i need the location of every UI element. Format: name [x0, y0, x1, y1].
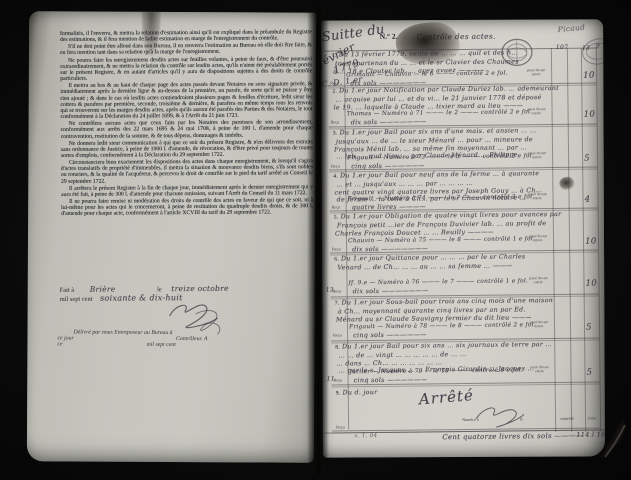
recu-amount: quatre livres ————: [352, 202, 426, 211]
ink-blot-small: [559, 177, 574, 190]
recu-small-print: passé devantentrée: [524, 108, 550, 116]
delivre-line1: Délivré par nous Entreposeur au Bureau à: [73, 329, 267, 336]
recu-small-print-bottom: entrée: [524, 112, 550, 116]
ruled-lines: [321, 19, 601, 21]
entry-number: 4.: [333, 173, 338, 179]
recu-small-print-bottom: entrée: [525, 239, 551, 243]
recu-label: Reçu: [332, 204, 341, 209]
total-in-words: Cent quatorze livres dix sols ————: [442, 432, 583, 442]
printed-paragraph: Il arrêtera le présent Registre à la fin…: [61, 184, 313, 198]
delivre-line3: mil sept cent: [147, 342, 176, 348]
printed-paragraph: Ne donnera ledit sieur communication à q…: [61, 139, 313, 159]
printed-paragraph: formalités, il l'enverra, & mettra la re…: [60, 29, 312, 43]
recu-annotation: Jurlier — Numéro à 79 — le 78 ——— contrô…: [349, 367, 522, 375]
recu-small-print: passé devantentrée: [523, 69, 549, 77]
recu-amount: dix sols ———————: [352, 244, 428, 253]
sum-sols: 10: [583, 70, 595, 80]
book-gutter-shadow: [307, 6, 329, 474]
recu-label: Reçu: [333, 332, 342, 337]
page-curl: [585, 415, 629, 467]
entry-number: 7.: [335, 300, 340, 306]
recu-small-print-bottom: entrée: [525, 197, 551, 201]
register-form: Suitte du N.° 2. Contrôle des actes. Pic…: [321, 19, 605, 457]
printed-text-block: formalités, il l'enverra, & mettra la re…: [60, 29, 313, 218]
header-suitte: Suitte du: [321, 22, 385, 45]
entry-number: 6.: [334, 256, 339, 262]
recu-small-print-bottom: entrée: [526, 325, 552, 329]
recu-small-print-bottom: entrée: [526, 370, 552, 374]
recu-annotation: Chauvin — Numéro à 75 ——— le 8 ——— contr…: [348, 236, 535, 244]
footer-form-numero: Numéro à: [462, 417, 479, 422]
entry-line-text: Du d. jour: [342, 389, 377, 396]
recu-small-print: passé devantentrée: [526, 366, 552, 374]
printed-paragraph: Il mettra au bas & au haut de chaque pag…: [60, 81, 312, 120]
printed-paragraph: S'il ne doit point être alloué dans son …: [60, 43, 312, 57]
vertical-rule: [567, 48, 572, 432]
left-page: formalités, il l'enverra, & mettra la re…: [27, 11, 316, 462]
footer-recu-label: Reçu: [336, 424, 345, 429]
entry-number: 2.: [332, 88, 337, 94]
recu-label: Reçu: [331, 163, 340, 168]
header-corner-note: Picaud: [557, 22, 585, 34]
recu-small-print: passé devantentrée: [525, 235, 551, 243]
sum-sols: 5: [584, 154, 590, 164]
entry-line: Venard … de Ch… … … au … … sa femme … ——…: [337, 262, 552, 272]
recu-amount: cinq sols ——————: [351, 161, 425, 170]
sum-sols: 5: [586, 323, 592, 333]
right-page: Suitte du N.° 2. Contrôle des actes. Pic…: [321, 19, 605, 457]
entry: 5.Du 1.er jour Obligation de quatre ving…: [334, 211, 552, 238]
printed-paragraph: Ne pourra faire les enregistremens desdi…: [60, 56, 312, 82]
recu-amount: dix sols ———————: [351, 117, 427, 126]
recu-small-print-bottom: entrée: [524, 156, 550, 160]
sum-sols: 10: [584, 109, 596, 119]
fait-date-handwritten: treize octobre: [171, 284, 229, 293]
entry-line-text: Du 1.er jour Sous-bail pour trois ans ci…: [341, 297, 553, 306]
recu-amount: cinq sols ——————: [353, 330, 427, 339]
entry-line-text: Du 1.er jour Notification par Claude Dur…: [339, 85, 559, 94]
entry-line-text: Du 1.er jour Bail pour six ans … six jou…: [342, 341, 552, 350]
printed-paragraph: Il ne pourra faire remise ni modération …: [61, 197, 313, 217]
recu-label: Reçu: [332, 246, 341, 251]
entry-number: 9.: [336, 390, 341, 396]
entry: 2.Du 1.er jour Notification par Claude D…: [332, 85, 550, 112]
printed-paragraph: Circonstanciera bien exactement les disp…: [61, 158, 313, 184]
fait-year-printed: mil sept cent: [60, 296, 93, 303]
sum-sols: 4: [585, 195, 591, 205]
delivre-line2: Contrôleur. A: [176, 336, 207, 342]
entry1-figure-a: 107: [556, 44, 568, 51]
entry1-figure-b: 13: [582, 45, 590, 52]
recu-small-print: passé devantentrée: [525, 277, 551, 285]
recu-label: Reçu: [330, 80, 339, 85]
sum-sols: 10: [585, 278, 597, 288]
fait-place-handwritten: Brière: [90, 285, 116, 294]
recu-annotation: Frigault — Numéro à 73 ——— le 3 ——— cont…: [347, 153, 534, 161]
sum-sols: 10: [585, 236, 597, 246]
entry-line-text: Du 1.er jour Bail pour six ans d'une mai…: [339, 127, 536, 136]
entry1-figure-c: 9: [596, 42, 600, 49]
recu-small-print-bottom: entrée: [525, 281, 551, 285]
recu-annotation: Frigault — Numéro à 78 ——— le 8 ——— cont…: [349, 322, 536, 330]
delivre-block: Délivré par nous Entreposeur au Bureau à…: [57, 329, 267, 348]
recu-annotation: ff. 9.e — Numéro à 76 ——— le 7 ——— contr…: [348, 278, 528, 286]
entry-line-text: Du 1.er jour Bail pour neuf ans de la fe…: [340, 170, 539, 179]
scanned-register-photo: formalités, il l'enverra, & mettra la re…: [0, 0, 631, 480]
entry-line-text: Du 1.er jour Quittance pour … … … par le…: [341, 253, 526, 262]
vertical-rule: [596, 47, 601, 431]
footer-form-le: le: [520, 416, 523, 421]
header-numero: N.° 2.: [380, 32, 398, 41]
recu-amount: cinq sols ——————: [354, 375, 428, 384]
fait-prefix: Fait à: [60, 287, 74, 294]
recu-annotation: Thomas — Numéro à 71 ——— le 2 ——— contrô…: [347, 109, 533, 117]
arrete-text: Arrêté: [418, 386, 474, 408]
printed-paragraph: Ne contrôlera aucuns actes que ceux fait…: [61, 119, 313, 139]
entry-number: 8.: [335, 344, 340, 350]
vertical-rule: [551, 48, 556, 432]
entry-line-text: Du 13 février 1779. vente de … … … quil …: [339, 49, 518, 58]
fait-le: le: [157, 286, 162, 293]
entry-number: 1.: [332, 52, 337, 58]
delivre-margin2: ce: [57, 341, 62, 347]
recu-small-print: passé devantentrée: [526, 321, 552, 329]
footer-form-controle: contrôlé: [560, 416, 574, 421]
sum-sols: 5: [586, 368, 592, 378]
recu-small-print: passé devantentrée: [524, 193, 550, 201]
entry-line-text: Du 1.er jour Obligation de quatre vingt …: [340, 211, 561, 221]
recu-small-print-bottom: entrée: [523, 73, 549, 77]
recu-amount: dix sols ———————: [353, 286, 429, 295]
recu-small-print: passé devantentrée: [524, 152, 550, 160]
entry: 6.Du 1.er jour Quittance pour … … … par …: [334, 253, 552, 272]
footer-scribble: x. 1. 04: [354, 433, 377, 439]
entry-number: 3.: [333, 130, 338, 136]
recu-annotation: Grimault — Chauvin — le 6 ——— contrôlé 2…: [346, 70, 508, 78]
entries-layer: 1.Du 13 février 1779. vente de … … … qui…: [321, 19, 601, 21]
entry: 7.Du 1.er jour Sous-bail pour trois ans …: [335, 297, 553, 324]
recu-label: Reçu: [331, 119, 340, 124]
entry-number: 5.: [334, 214, 339, 220]
